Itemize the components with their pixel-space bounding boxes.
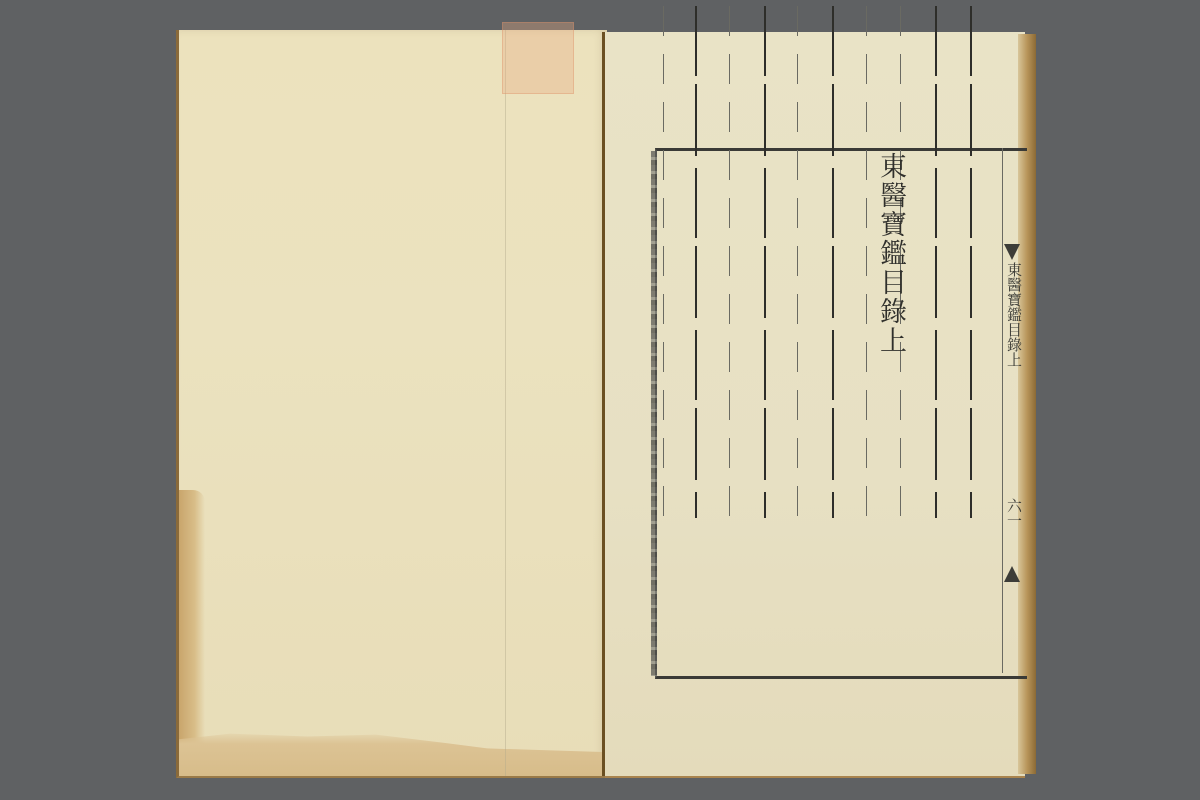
column-rule	[764, 6, 766, 518]
volume-title: 東醫寶鑑目錄上	[868, 152, 908, 355]
paper-fold-line	[505, 30, 506, 776]
column-rule	[832, 6, 834, 518]
column-rule	[797, 6, 798, 518]
center-margin-band	[1002, 148, 1021, 673]
center-margin-title: 東醫寶鑑目錄上	[1006, 262, 1022, 367]
column-rule	[866, 6, 867, 518]
column-rule	[935, 6, 937, 518]
library-seal-stamp	[502, 22, 574, 94]
book-spread: 東醫寶鑑目錄上 東醫寶鑑目錄上 六一	[0, 0, 1200, 800]
page-number: 六一	[1006, 498, 1022, 528]
column-rule	[663, 6, 664, 518]
column-rule	[729, 6, 730, 518]
water-stain-bottom	[179, 730, 607, 776]
column-rule	[970, 6, 972, 518]
water-stain-left	[179, 490, 205, 776]
frame-left-border-band	[651, 151, 657, 676]
column-rule	[695, 6, 697, 518]
left-page-blank	[176, 30, 607, 778]
